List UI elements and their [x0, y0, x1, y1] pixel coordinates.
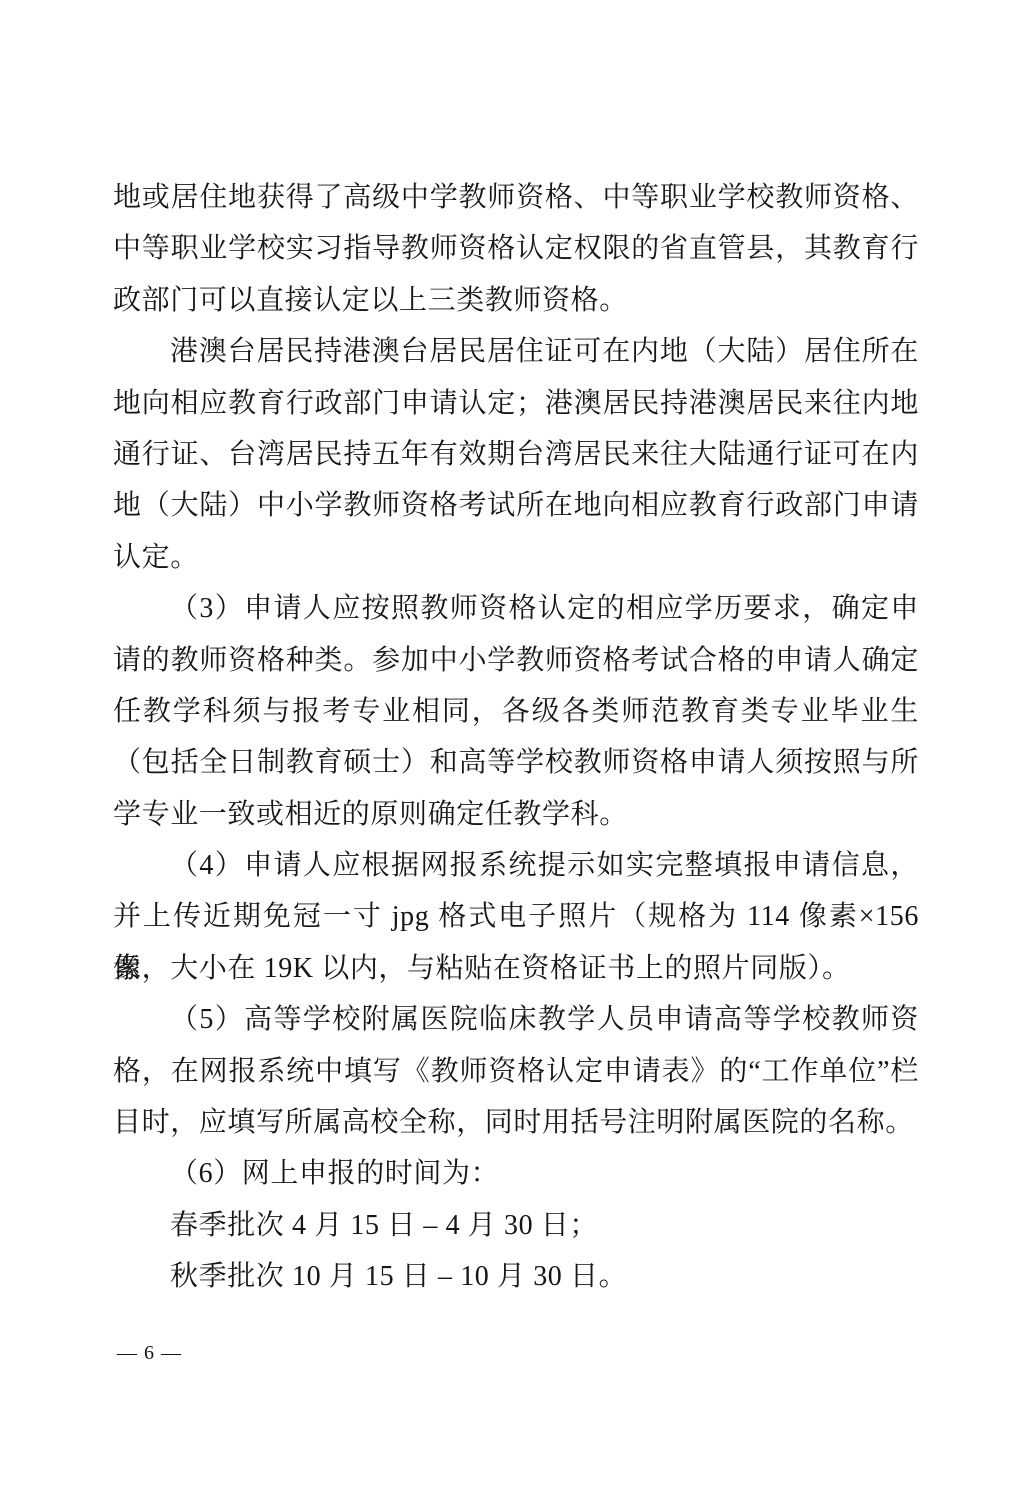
text-line: （6）网上申报的时间为：: [113, 1148, 919, 1199]
text-line: （包括全日制教育硕士）和高等学校教师资格申请人须按照与所: [113, 737, 919, 788]
text-line: 港澳台居民持港澳台居民居住证可在内地（大陆）居住所在: [113, 326, 919, 377]
text-line: （3）申请人应按照教师资格认定的相应学历要求，确定申: [113, 583, 919, 634]
text-line: 通行证、台湾居民持五年有效期台湾居民来往大陆通行证可在内: [113, 429, 919, 480]
text-line: （4）申请人应根据网报系统提示如实完整填报申请信息，: [113, 840, 919, 891]
text-line: 地（大陆）中小学教师资格考试所在地向相应教育行政部门申请: [113, 480, 919, 531]
text-line: 春季批次 4 月 15 日 – 4 月 30 日；: [113, 1200, 919, 1251]
text-line: 请的教师资格种类。参加中小学教师资格考试合格的申请人确定: [113, 635, 919, 686]
text-line: （5）高等学校附属医院临床教学人员申请高等学校教师资: [113, 994, 919, 1045]
text-line: 任教学科须与报考专业相同，各级各类师范教育类专业毕业生: [113, 686, 919, 737]
text-line: 秋季批次 10 月 15 日 – 10 月 30 日。: [113, 1251, 919, 1302]
document-page: 地或居住地获得了高级中学教师资格、中等职业学校教师资格、中等职业学校实习指导教师…: [0, 0, 1024, 1486]
text-line: 并上传近期免冠一寸 jpg 格式电子照片（规格为 114 像素×156 像: [113, 891, 919, 942]
text-line: 认定。: [113, 532, 919, 583]
page-number: — 6 —: [117, 1340, 182, 1366]
text-line: 地或居住地获得了高级中学教师资格、中等职业学校教师资格、: [113, 172, 919, 223]
text-line: 格，在网报系统中填写《教师资格认定申请表》的“工作单位”栏: [113, 1046, 919, 1097]
text-line: 素，大小在 19K 以内，与粘贴在资格证书上的照片同版）。: [113, 943, 919, 994]
text-line: 中等职业学校实习指导教师资格认定权限的省直管县，其教育行: [113, 223, 919, 274]
text-line: 政部门可以直接认定以上三类教师资格。: [113, 275, 919, 326]
document-body: 地或居住地获得了高级中学教师资格、中等职业学校教师资格、中等职业学校实习指导教师…: [113, 172, 919, 1303]
text-line: 地向相应教育行政部门申请认定；港澳居民持港澳居民来往内地: [113, 378, 919, 429]
text-line: 学专业一致或相近的原则确定任教学科。: [113, 789, 919, 840]
text-line: 目时，应填写所属高校全称，同时用括号注明附属医院的名称。: [113, 1097, 919, 1148]
